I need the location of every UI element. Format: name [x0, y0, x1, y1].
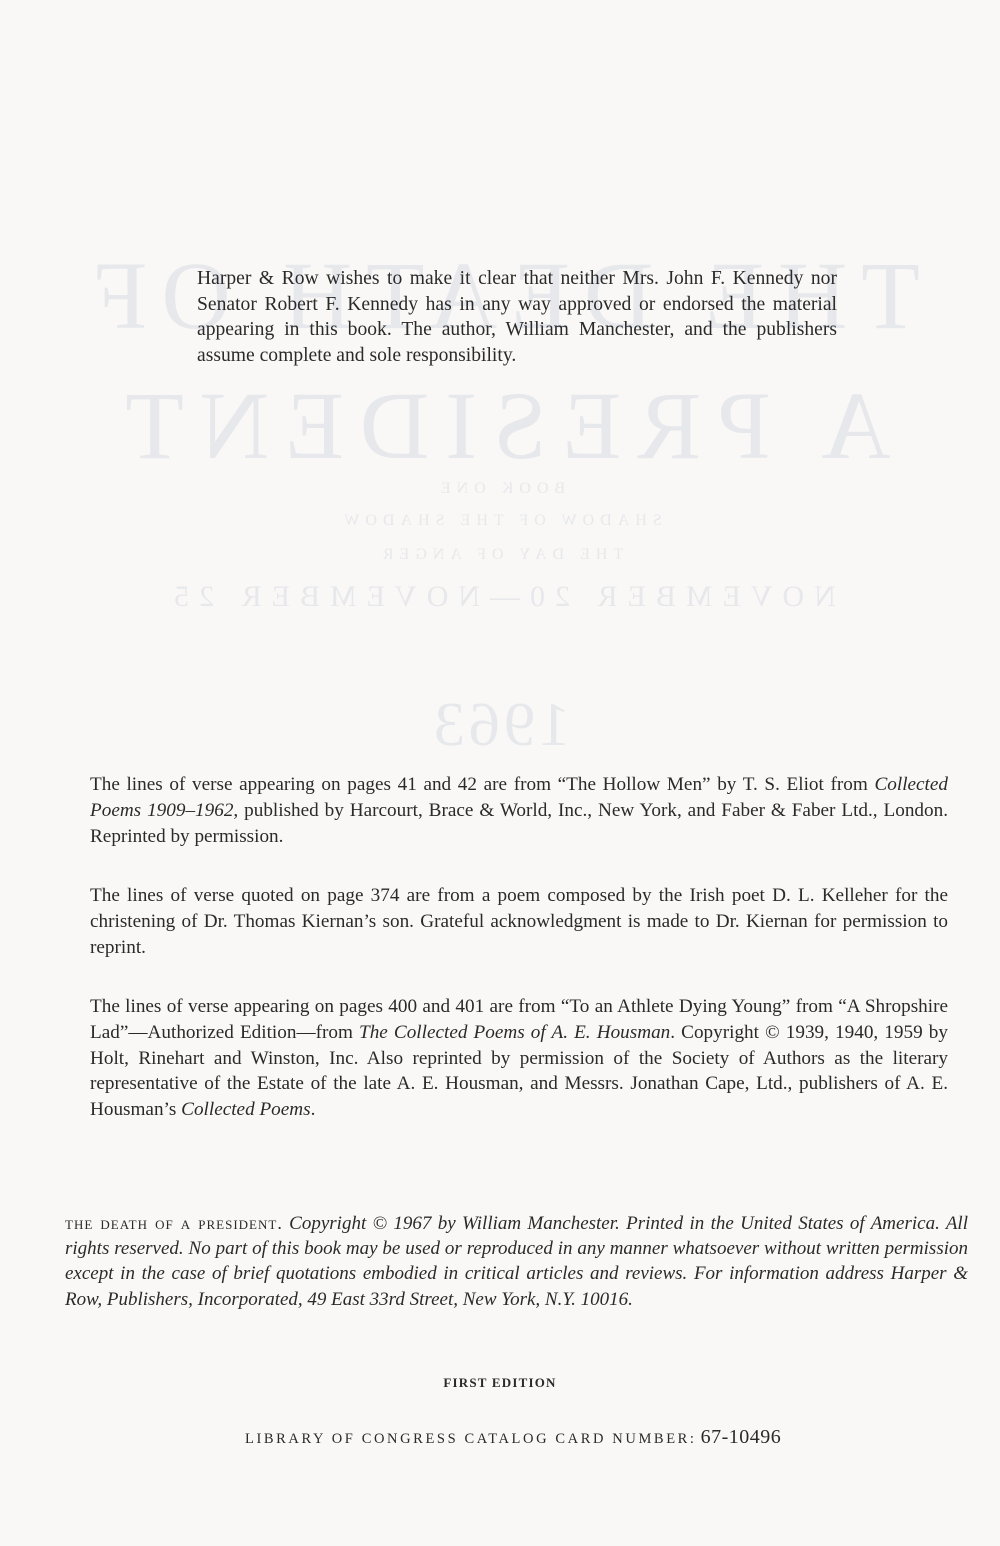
showthrough-title-line2: A PRESIDENT: [0, 370, 1000, 481]
lccn-label: LIBRARY OF CONGRESS CATALOG CARD NUMBER:: [245, 1431, 697, 1447]
permission-text: The lines of verse appearing on pages 41…: [90, 774, 874, 795]
permission-italic-title: Collected Poems: [181, 1099, 310, 1120]
permission-italic-title: The Collected Poems of A. E. Housman: [359, 1022, 670, 1043]
lccn-number: 67-10496: [701, 1426, 782, 1448]
showthrough-dates: NOVEMBER 20—NOVEMBER 25: [0, 580, 1000, 614]
edition-label: FIRST EDITION: [0, 1375, 1000, 1391]
publisher-disclaimer: Harper & Row wishes to make it clear tha…: [197, 266, 837, 368]
showthrough-line1: BOOK ONE: [0, 480, 1000, 498]
showthrough-line3: THE DAY OF ANGER: [0, 546, 1000, 564]
library-of-congress-number: LIBRARY OF CONGRESS CATALOG CARD NUMBER:…: [245, 1426, 781, 1449]
copyright-page: THE DEATH OF A PRESIDENT BOOK ONE SHADOW…: [0, 0, 1000, 1546]
permission-text: .: [311, 1099, 316, 1120]
permission-notice-housman: The lines of verse appearing on pages 40…: [90, 994, 948, 1123]
copyright-notice: the death of a president. Copyright © 19…: [65, 1211, 968, 1312]
showthrough-line2: SHADOW OF THE SHADOW: [0, 512, 1000, 530]
permission-notice-kelleher: The lines of verse quoted on page 374 ar…: [90, 883, 948, 960]
showthrough-year: 1963: [0, 690, 1000, 761]
book-title: the death of a president.: [65, 1213, 283, 1233]
permission-notice-eliot: The lines of verse appearing on pages 41…: [90, 772, 948, 849]
